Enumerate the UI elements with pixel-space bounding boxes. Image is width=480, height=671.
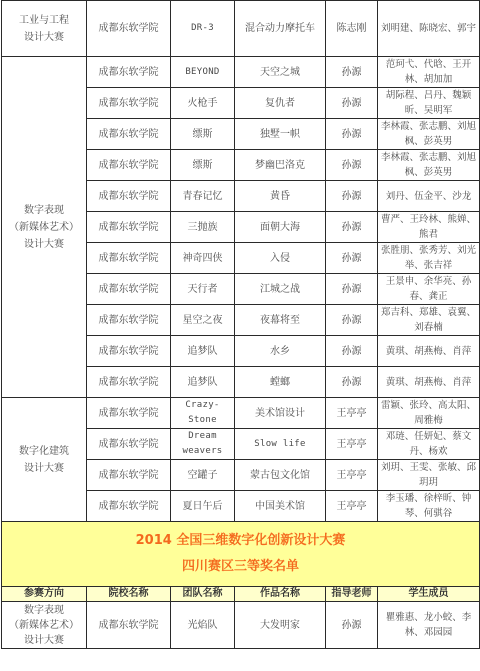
team-cell: 空罐子 [171,460,235,491]
school-cell: 成都东软学院 [87,212,171,243]
category-line: 设计大赛 [4,633,84,648]
school-cell: 成都东软学院 [87,57,171,88]
teacher-cell: 孙源 [326,181,378,212]
teacher-cell: 孙源 [326,243,378,274]
category-line: 数字表现 [4,603,84,618]
award-list-table: 工业与工程 设计大赛 成都东软学院 DR-3 混合动力摩托车 陈志刚 刘明建、陈… [1,0,480,649]
members-cell: 李林霞、张志鹏、刘旭枫、彭英男 [378,150,480,181]
school-cell: 成都东软学院 [87,1,171,57]
table-row: 工业与工程 设计大赛 成都东软学院 DR-3 混合动力摩托车 陈志刚 刘明建、陈… [2,1,480,57]
teacher-cell: 孙源 [326,212,378,243]
teacher-cell: 王亭亭 [326,398,378,429]
members-cell: 雷颖、张玲、高太阳、周雅梅 [378,398,480,429]
team-cell: 青春记忆 [171,181,235,212]
teacher-cell: 孙源 [326,119,378,150]
school-cell: 成都东软学院 [87,305,171,336]
teacher-cell: 孙源 [326,305,378,336]
school-cell: 成都东软学院 [87,460,171,491]
school-cell: 成都东软学院 [87,367,171,398]
members-cell: 刘明建、陈晓宏、郭宇 [378,1,480,57]
banner-row: 2014 全国三维数字化创新设计大赛 四川赛区三等奖名单 [2,522,480,587]
category-line: 数字表现 [4,202,84,219]
work-cell: 混合动力摩托车 [235,1,326,57]
work-cell: 夜幕将至 [235,305,326,336]
team-cell: DR-3 [171,1,235,57]
table-row: 数字表现 （新媒体艺术） 设计大赛 成都东软学院 BEYOND 天空之城 孙源 … [2,57,480,88]
teacher-cell: 孙源 [326,274,378,305]
category-cell: 数字表现 （新媒体艺术） 设计大赛 [2,602,87,649]
team-cell: 三抛族 [171,212,235,243]
school-cell: 成都东软学院 [87,398,171,429]
school-cell: 成都东软学院 [87,88,171,119]
members-cell: 刘丹、伍金平、沙龙 [378,181,480,212]
category-line: （新媒体艺术） [4,219,84,236]
team-cell: Dream weavers [171,429,235,460]
work-cell: 江城之战 [235,274,326,305]
team-cell: BEYOND [171,57,235,88]
school-cell: 成都东软学院 [87,491,171,522]
work-cell: 天空之城 [235,57,326,88]
members-cell: 黄琪、胡燕梅、肖萍 [378,367,480,398]
team-cell: 天行者 [171,274,235,305]
members-cell: 黄琪、胡燕梅、肖萍 [378,336,480,367]
school-cell: 成都东软学院 [87,602,171,649]
team-cell: 光焰队 [171,602,235,649]
team-cell: 火枪手 [171,88,235,119]
table-row: 数字化建筑 设计大赛 成都东软学院 Crazy-Stone 美术馆设计 王亭亭 … [2,398,480,429]
school-cell: 成都东软学院 [87,150,171,181]
members-cell: 瞿雅惠、龙小蛟、李林、邓园园 [378,602,480,649]
category-line: 工业与工程 [4,12,84,29]
banner-title: 2014 全国三维数字化创新设计大赛 [2,528,479,554]
team-cell: 追梦队 [171,367,235,398]
table-row: 数字表现 （新媒体艺术） 设计大赛 成都东软学院 光焰队 大发明家 孙源 瞿雅惠… [2,602,480,649]
work-cell: 独墅一帜 [235,119,326,150]
category-line: 设计大赛 [4,236,84,253]
school-cell: 成都东软学院 [87,181,171,212]
members-cell: 郑吉科、郑雄、袁翼、刘春楠 [378,305,480,336]
work-cell: 面朝大海 [235,212,326,243]
category-cell: 数字化建筑 设计大赛 [2,398,87,522]
work-cell: 美术馆设计 [235,398,326,429]
category-line: 设计大赛 [4,460,84,477]
members-cell: 李林霞、张志鹏、刘旭枫、彭英男 [378,119,480,150]
teacher-cell: 孙源 [326,367,378,398]
teacher-cell: 孙源 [326,602,378,649]
table-header-row: 参赛方向 院校名称 团队名称 作品名称 指导老师 学生成员 [2,587,480,602]
teacher-cell: 孙源 [326,88,378,119]
work-cell: Slow life [235,429,326,460]
members-cell: 李玉璠、徐梓昕、钟琴、何骐谷 [378,491,480,522]
work-cell: 蒙古包文化馆 [235,460,326,491]
members-cell: 曹严、王玲林、熊婵、熊君 [378,212,480,243]
teacher-cell: 孙源 [326,336,378,367]
team-cell: 缥斯 [171,119,235,150]
school-cell: 成都东软学院 [87,274,171,305]
team-cell: 夏日午后 [171,491,235,522]
teacher-cell: 孙源 [326,57,378,88]
members-cell: 范珂弋、代晗、王开林、胡加加 [378,57,480,88]
work-cell: 中国美术馆 [235,491,326,522]
school-cell: 成都东软学院 [87,429,171,460]
school-cell: 成都东软学院 [87,119,171,150]
members-cell: 张胜朋、张秀芳、刘光举、张吉祥 [378,243,480,274]
school-cell: 成都东软学院 [87,243,171,274]
work-cell: 梦幽巴洛克 [235,150,326,181]
header-teacher: 指导老师 [326,587,378,602]
work-cell: 水乡 [235,336,326,367]
header-category: 参赛方向 [2,587,87,602]
team-cell: 追梦队 [171,336,235,367]
teacher-cell: 王亭亭 [326,460,378,491]
teacher-cell: 王亭亭 [326,491,378,522]
header-work: 作品名称 [235,587,326,602]
category-line: 设计大赛 [4,29,84,46]
header-school: 院校名称 [87,587,171,602]
school-cell: 成都东软学院 [87,336,171,367]
work-cell: 螳螂 [235,367,326,398]
teacher-cell: 王亭亭 [326,429,378,460]
team-cell: Crazy-Stone [171,398,235,429]
work-cell: 大发明家 [235,602,326,649]
category-line: 数字化建筑 [4,443,84,460]
third-prize-banner: 2014 全国三维数字化创新设计大赛 四川赛区三等奖名单 [2,522,480,587]
work-cell: 复仇者 [235,88,326,119]
teacher-cell: 陈志刚 [326,1,378,57]
members-cell: 王景申、余华亮、孙春、龚正 [378,274,480,305]
banner-subtitle: 四川赛区三等奖名单 [2,554,479,580]
work-cell: 黄昏 [235,181,326,212]
category-cell: 数字表现 （新媒体艺术） 设计大赛 [2,57,87,398]
header-team: 团队名称 [171,587,235,602]
category-cell: 工业与工程 设计大赛 [2,1,87,57]
header-members: 学生成员 [378,587,480,602]
members-cell: 胡际程、吕丹、魏颖昕、吴明军 [378,88,480,119]
category-line: （新媒体艺术） [4,618,84,633]
team-cell: 缥斯 [171,150,235,181]
members-cell: 邓琏、任妍妃、蔡文丹、杨欢 [378,429,480,460]
work-cell: 入侵 [235,243,326,274]
team-cell: 星空之夜 [171,305,235,336]
team-cell: 神奇四侠 [171,243,235,274]
members-cell: 刘玥、王雯、张敏、邱玥玥 [378,460,480,491]
teacher-cell: 孙源 [326,150,378,181]
